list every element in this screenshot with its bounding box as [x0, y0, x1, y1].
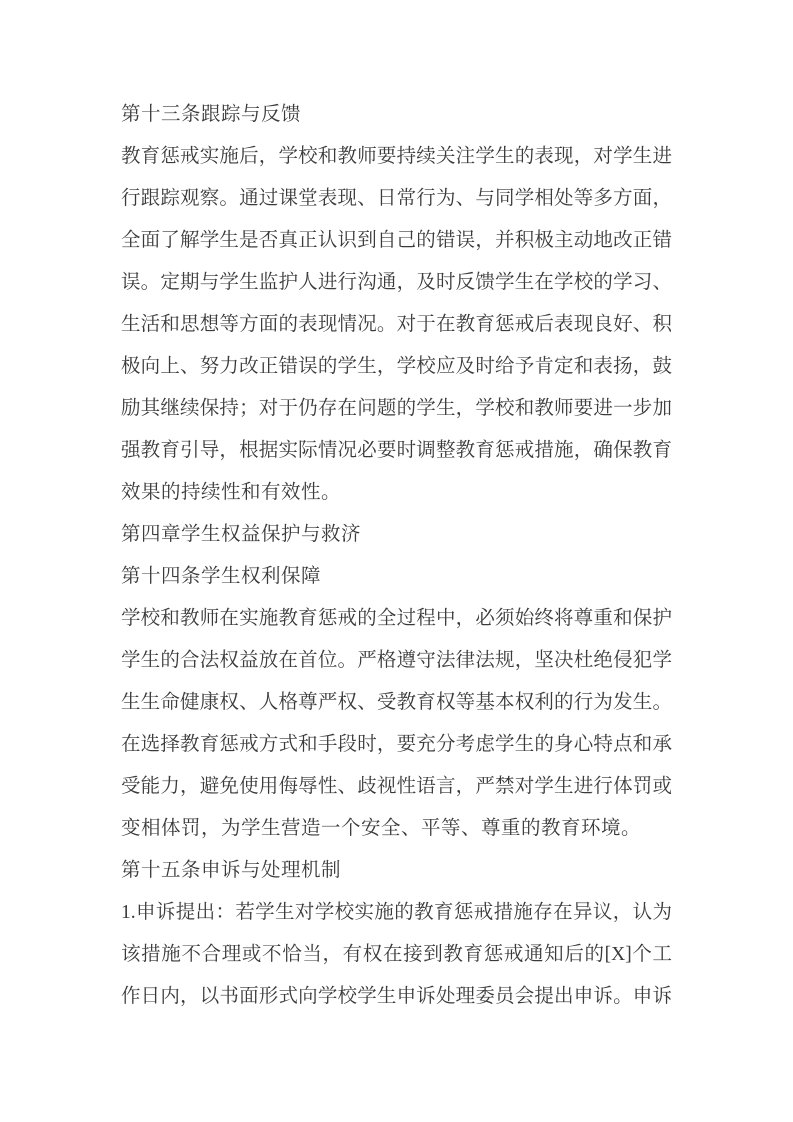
text-line: 生活和思想等方面的表现情况。对于在教育惩戒后表现良好、积	[121, 304, 672, 346]
text-line: 效果的持续性和有效性。	[121, 472, 672, 514]
section-heading: 第四章学生权益保护与救济	[121, 514, 672, 556]
text-line: 在选择教育惩戒方式和手段时，要充分考虑学生的身心特点和承	[121, 724, 672, 766]
text-line: 第四章学生权益保护与救济	[121, 514, 672, 556]
text-line: 学校和教师在实施教育惩戒的全过程中，必须始终将尊重和保护	[121, 598, 672, 640]
document-content: 第十三条跟踪与反馈教育惩戒实施后，学校和教师要持续关注学生的表现，对学生进行跟踪…	[121, 94, 672, 1018]
body-paragraph: 教育惩戒实施后，学校和教师要持续关注学生的表现，对学生进行跟踪观察。通过课堂表现…	[121, 136, 672, 514]
text-line: 受能力，避免使用侮辱性、歧视性语言，严禁对学生进行体罚或	[121, 766, 672, 808]
text-line: 行跟踪观察。通过课堂表现、日常行为、与同学相处等多方面，	[121, 178, 672, 220]
text-line: 该措施不合理或不恰当，有权在接到教育惩戒通知后的[X]个工	[121, 934, 672, 976]
text-line: 第十四条学生权利保障	[121, 556, 672, 598]
document-page: 第十三条跟踪与反馈教育惩戒实施后，学校和教师要持续关注学生的表现，对学生进行跟踪…	[0, 0, 793, 1122]
section-heading: 第十三条跟踪与反馈	[121, 94, 672, 136]
text-line: 生生命健康权、人格尊严权、受教育权等基本权利的行为发生。	[121, 682, 672, 724]
text-line: 1.申诉提出：若学生对学校实施的教育惩戒措施存在异议，认为	[121, 892, 672, 934]
text-line: 作日内，以书面形式向学校学生申诉处理委员会提出申诉。申诉	[121, 976, 672, 1018]
text-line: 第十三条跟踪与反馈	[121, 94, 672, 136]
text-line: 强教育引导，根据实际情况必要时调整教育惩戒措施，确保教育	[121, 430, 672, 472]
text-line: 教育惩戒实施后，学校和教师要持续关注学生的表现，对学生进	[121, 136, 672, 178]
section-heading: 第十四条学生权利保障	[121, 556, 672, 598]
text-line: 第十五条申诉与处理机制	[121, 850, 672, 892]
body-paragraph: 1.申诉提出：若学生对学校实施的教育惩戒措施存在异议，认为该措施不合理或不恰当，…	[121, 892, 672, 1018]
body-paragraph: 学校和教师在实施教育惩戒的全过程中，必须始终将尊重和保护学生的合法权益放在首位。…	[121, 598, 672, 850]
text-line: 极向上、努力改正错误的学生，学校应及时给予肯定和表扬，鼓	[121, 346, 672, 388]
text-line: 励其继续保持；对于仍存在问题的学生，学校和教师要进一步加	[121, 388, 672, 430]
text-line: 变相体罚，为学生营造一个安全、平等、尊重的教育环境。	[121, 808, 672, 850]
text-line: 全面了解学生是否真正认识到自己的错误，并积极主动地改正错	[121, 220, 672, 262]
text-line: 误。定期与学生监护人进行沟通，及时反馈学生在学校的学习、	[121, 262, 672, 304]
section-heading: 第十五条申诉与处理机制	[121, 850, 672, 892]
text-line: 学生的合法权益放在首位。严格遵守法律法规，坚决杜绝侵犯学	[121, 640, 672, 682]
